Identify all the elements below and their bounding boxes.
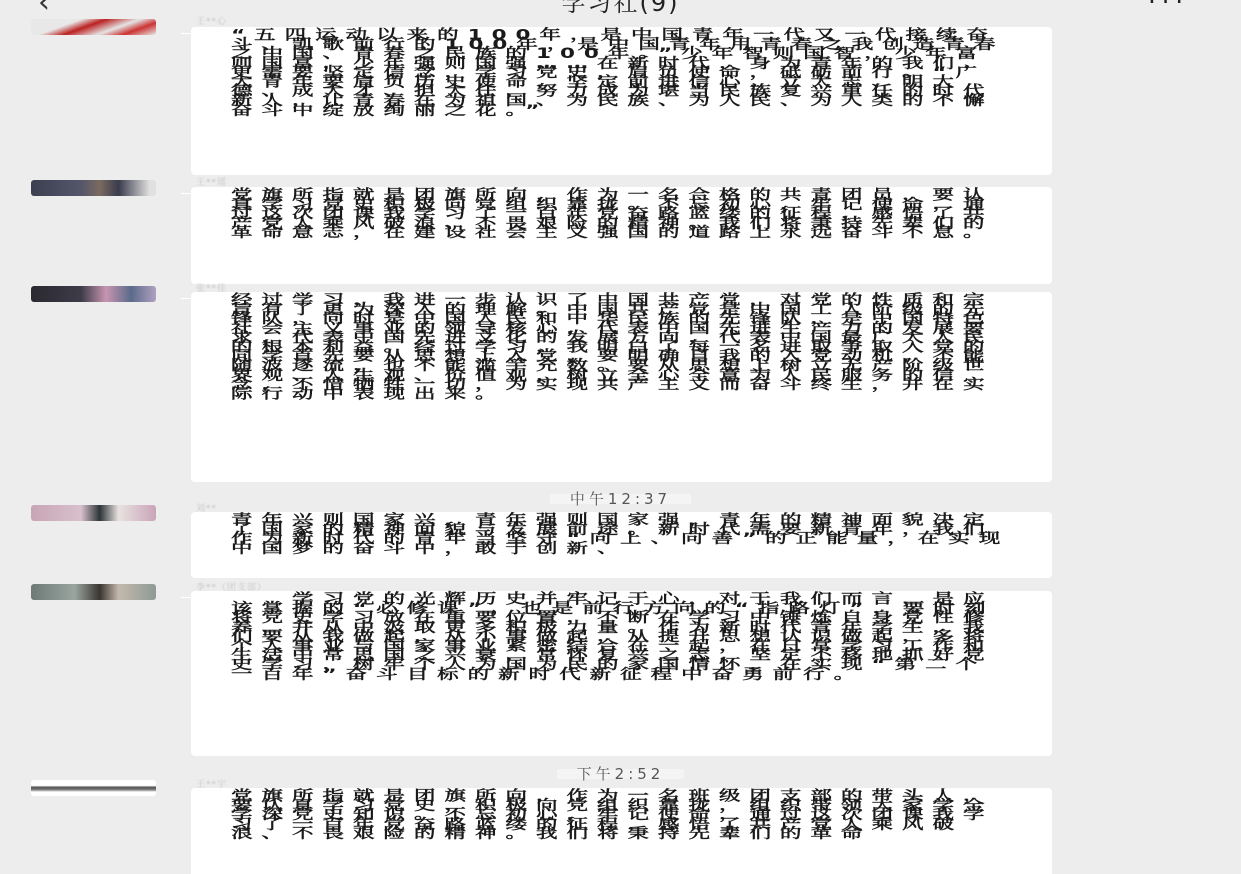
message-text: 青年兴则国家兴，青年强则国家强，青年的精神面貌决定了国家的精神面貌与发展前途。新… <box>231 516 1014 553</box>
avatar[interactable] <box>31 505 156 521</box>
avatar[interactable] <box>31 286 156 302</box>
message-bubble[interactable]: “五四运动以来的100年，是中国青年一代又一代接续奋斗、凯歌前行的100年，是中… <box>191 27 1052 175</box>
message-text: 经过学习，我进一步认识了中国共产党，对党的性质和宗旨有了更为深入的理解。中国共产… <box>231 296 1014 399</box>
message-text: 党旗所指就是团旗所向，作为一名合格的共青团员，要认真学习党史积极向党组织靠拢。不… <box>231 191 1014 238</box>
avatar[interactable] <box>31 180 156 196</box>
message-text: 党旗所指就是团旗所向，作为一名班级团支部的带头人，要认真学习党史，积极向党组织靠… <box>231 792 1014 839</box>
avatar[interactable] <box>31 780 156 796</box>
chat-header: ‹ 学习社(9) ··· <box>0 0 1241 14</box>
message-text: “五四运动以来的100年，是中国青年一代又一代接续奋斗、凯歌前行的100年，是中… <box>231 31 1014 115</box>
message-bubble[interactable]: 学习党的光辉历史并牢记于心，对于我们而言，是应该掌握的“必修课”，也是前行方向的… <box>191 591 1052 756</box>
avatar[interactable] <box>31 584 156 600</box>
message-bubble[interactable]: 经过学习，我进一步认识了中国共产党，对党的性质和宗旨有了更为深入的理解。中国共产… <box>191 292 1052 482</box>
timestamp: 下午2:52 <box>557 769 685 779</box>
time-separator: 中午12:37 <box>0 489 1241 508</box>
timestamp: 中午12:37 <box>550 494 691 504</box>
message-text: 学习党的光辉历史并牢记于心，对于我们而言，是应该掌握的“必修课”，也是前行方向的… <box>231 595 1014 679</box>
message-bubble[interactable]: 青年兴则国家兴，青年强则国家强，青年的精神面貌决定了国家的精神面貌与发展前途。新… <box>191 512 1052 578</box>
avatar[interactable] <box>31 19 156 35</box>
sender-name: 王**心 <box>196 17 227 27</box>
more-options-icon[interactable]: ··· <box>1148 0 1189 17</box>
message-bubble[interactable]: 党旗所指就是团旗所向，作为一名合格的共青团员，要认真学习党史积极向党组织靠拢。不… <box>191 187 1052 284</box>
chat-title: 学习社(9) <box>0 0 1241 18</box>
time-separator: 下午2:52 <box>0 764 1241 783</box>
message-bubble[interactable]: 党旗所指就是团旗所向，作为一名班级团支部的带头人，要认真学习党史，积极向党组织靠… <box>191 788 1052 874</box>
